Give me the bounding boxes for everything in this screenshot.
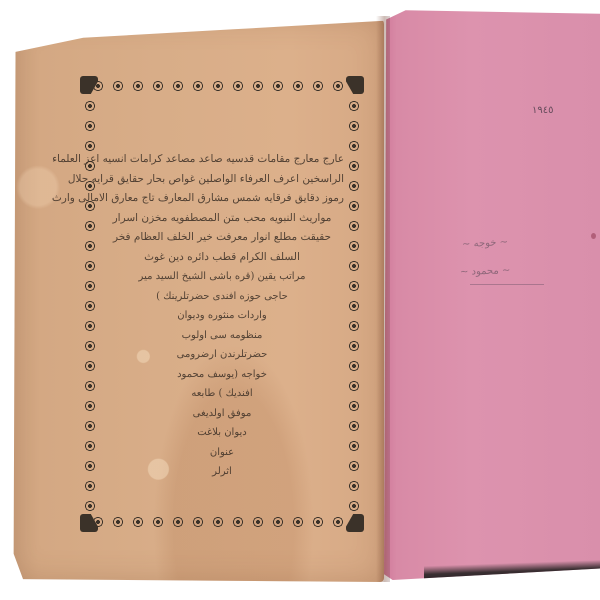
title-line: عارج معارج مقامات قدسيه صاعد مصاعد كراما…	[100, 150, 344, 170]
title-line: منظومه سى اولوب	[100, 326, 344, 346]
title-line: مواريث النبويه محب متن المصطفويه مخزن اس…	[100, 209, 344, 229]
title-line: افنديك ) طابعه	[100, 384, 344, 404]
pink-endpaper	[384, 8, 600, 580]
ink-stain	[591, 233, 596, 239]
title-line: عنوان	[100, 443, 344, 463]
title-line: رموز دقايق فرقايه شمس مشارق المعارف تاج …	[100, 189, 344, 209]
border-right-ornament	[344, 96, 364, 512]
title-line: موفق اولديغى	[100, 404, 344, 424]
title-line: الراسخين اعرف العرفاء الواصلين غواص بحار…	[100, 170, 344, 190]
title-line: حضرتلرندن ارضرومى	[100, 345, 344, 365]
border-bottom-ornament	[88, 512, 356, 532]
title-line: مراتب يقين (قره باشى الشيخ السيد مير	[100, 267, 344, 287]
title-line: حقيقت مطلع انوار معرفت خير الخلف العظام …	[100, 228, 344, 248]
title-line: السلف الكرام قطب دائره دين غوث	[100, 248, 344, 268]
book-gutter	[376, 16, 390, 582]
pencil-underline	[470, 284, 544, 285]
pencil-inscription: ~ ﻣﺤﻤﻮﺩ ~	[460, 265, 511, 278]
title-text-block: عارج معارج مقامات قدسيه صاعد مصاعد كراما…	[100, 150, 344, 482]
title-line: خواجه (يوسف محمود	[100, 365, 344, 385]
border-top-ornament	[88, 76, 356, 96]
open-book-photo: عارج معارج مقامات قدسيه صاعد مصاعد كراما…	[0, 0, 600, 600]
title-line: حاجى حوزه افندى حضرتلرينك )	[100, 287, 344, 307]
pencil-catalog-number: ١٩٤٥	[532, 105, 553, 116]
title-line: ديوان بلاغت	[100, 423, 344, 443]
title-line: اثرلر	[100, 462, 344, 482]
title-line: واردات منثوره وديوان	[100, 306, 344, 326]
